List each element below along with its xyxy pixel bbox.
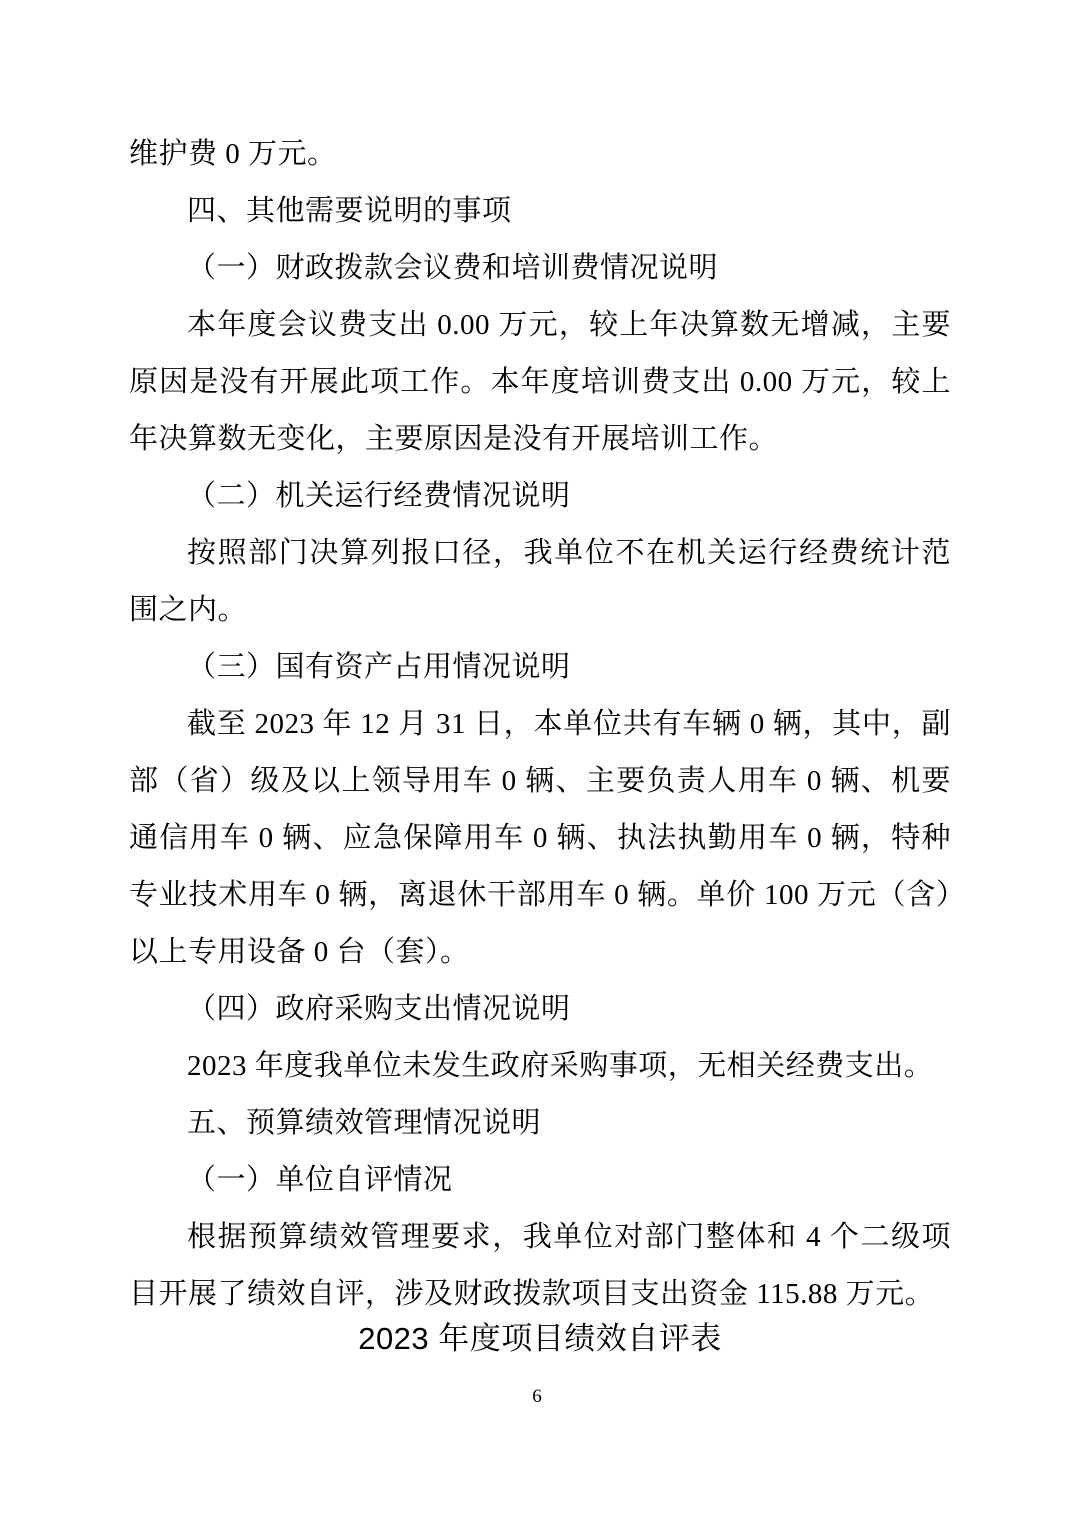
subsection-heading-4-1: （一）财政拨款会议费和培训费情况说明 — [129, 240, 951, 297]
document-content: 维护费 0 万元。 四、其他需要说明的事项 （一）财政拨款会议费和培训费情况说明… — [129, 126, 951, 1367]
document-page: 维护费 0 万元。 四、其他需要说明的事项 （一）财政拨款会议费和培训费情况说明… — [0, 0, 1074, 1520]
section-heading-4: 四、其他需要说明的事项 — [129, 183, 951, 240]
section-heading-5: 五、预算绩效管理情况说明 — [129, 1095, 951, 1152]
subsection-heading-4-4: （四）政府采购支出情况说明 — [129, 981, 951, 1038]
subsection-heading-4-2: （二）机关运行经费情况说明 — [129, 468, 951, 525]
paragraph-state-assets: 截至 2023 年 12 月 31 日，本单位共有车辆 0 辆，其中，副部（省）… — [129, 696, 951, 981]
page-number: 6 — [0, 1386, 1074, 1408]
paragraph-operating-expenses: 按照部门决算列报口径，我单位不在机关运行经费统计范围之内。 — [129, 525, 951, 639]
paragraph-government-procurement: 2023 年度我单位未发生政府采购事项，无相关经费支出。 — [129, 1038, 951, 1095]
paragraph-meeting-training-fees: 本年度会议费支出 0.00 万元，较上年决算数无增减，主要原因是没有开展此项工作… — [129, 297, 951, 468]
subsection-heading-4-3: （三）国有资产占用情况说明 — [129, 639, 951, 696]
paragraph-continuation: 维护费 0 万元。 — [129, 126, 951, 183]
paragraph-self-evaluation: 根据预算绩效管理要求，我单位对部门整体和 4 个二级项目开展了绩效自评，涉及财政… — [129, 1209, 951, 1323]
subsection-heading-5-1: （一）单位自评情况 — [129, 1152, 951, 1209]
